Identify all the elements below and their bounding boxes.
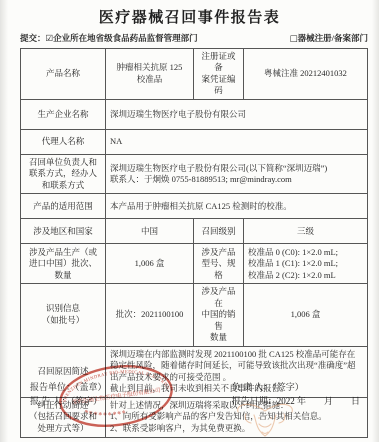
batch-qty-value: 1,006 盒 [106,244,194,284]
row-manufacturer: 生产企业名称 深圳迈瑞生物医疗电子股份有限公司 [21,99,368,129]
reg-cert-value: 粤械注准 20212401032 [244,49,368,100]
agent-value: NA [106,129,368,154]
stamp-company-name: 深圳迈瑞生物医疗电子股份有限公司 [71,386,161,406]
batch-qty-label: 涉及产品生产（或 进口中国）批次、 数量 [21,244,106,284]
china-sales-label: 涉及产品在 中国的销售 数量 [194,284,244,346]
scope-label: 产品的适用范围 [21,194,106,219]
page-title: 医疗器械召回事件报告表 [0,6,379,27]
submit-left: 提交：☑企业所在地省级食品药品监督管理部门 [20,32,198,44]
product-name-label: 产品名称 [21,49,106,100]
row-scope: 产品的适用范围 本产品用于肿瘤相关抗原 CA125 检测时的校准。 [21,194,368,219]
bull-head-watermark-icon [232,402,298,440]
manufacturer-label: 生产企业名称 [21,99,106,129]
regions-value: 中国 [106,219,194,244]
submit-option1-label: 企业所在地省级食品药品监督管理部门 [53,33,198,43]
contact-label: 召回单位负责人和 联系方式，经办人 和联系方式 [21,154,106,193]
row-contact: 召回单位负责人和 联系方式，经办人 和联系方式 深圳迈瑞生物医疗电子股份有限公司… [21,154,368,193]
row-agent: 代理人名称 NA [21,129,368,154]
svg-text:✻ ✻ ✻ ✻ ✻ ✻ ✻ ✻ ✻: ✻ ✻ ✻ ✻ ✻ ✻ ✻ ✻ ✻ [83,403,126,420]
manufacturer-value: 深圳迈瑞生物医疗电子股份有限公司 [106,99,368,129]
row-product-name: 产品名称 肿瘤相关抗原 125 校准品 注册证或备 案凭证编码 粤械注准 202… [21,49,368,100]
models-label: 涉及产品 型号、规格 [194,244,244,284]
company-seal-stamp-icon: SHENZHEN MINDRAY BIO-MEDICAL ELECTRONICS… [55,360,177,432]
reg-cert-label: 注册证或备 案凭证编码 [194,49,244,100]
identification-value: 批次：2021100100 [106,284,194,346]
row-batch-qty: 涉及产品生产（或 进口中国）批次、 数量 1,006 盒 涉及产品 型号、规格 … [21,244,368,284]
submit-prefix: 提交： [20,33,46,43]
submit-line: 提交：☑企业所在地省级食品药品监督管理部门 □器械注册/备案部门 [20,32,368,44]
regions-label: 涉及地区和国家 [21,219,106,244]
recall-report-page: 医疗器械召回事件报告表 提交：☑企业所在地省级食品药品监督管理部门 □器械注册/… [0,0,379,442]
responsible-person-label: 负 责 人：（签字） [232,381,360,395]
models-value: 校准品 0 (C0): 1×2.0 mL; 校准品 1 (C1): 1×2.0 … [244,244,368,284]
submit-option2-label: 器械注册/备案部门 [298,33,368,43]
checkbox-checked-icon: ☑ [46,34,54,44]
checkbox-unchecked-icon: □ [290,34,298,44]
agent-label: 代理人名称 [21,129,106,154]
china-sales-value: 1,006 盒 [244,284,368,346]
product-name-value: 肿瘤相关抗原 125 校准品 [106,49,194,100]
scope-value: 本产品用于肿瘤相关抗原 CA125 检测时的校准。 [106,194,368,219]
identification-label: 识别信息 （如批号） [21,284,106,346]
recall-level-value: 三级 [244,219,368,244]
contact-value: 深圳迈瑞生物医疗电子股份有限公司(以下简称“深圳迈瑞”) 联系人：于炯焕 075… [106,154,368,193]
submit-right: □器械注册/备案部门 [290,32,368,44]
row-identification: 识别信息 （如批号） 批次：2021100100 涉及产品在 中国的销售 数量 … [21,284,368,346]
stamp-stars: ✻ ✻ ✻ ✻ ✻ ✻ ✻ ✻ ✻ [83,403,126,420]
row-regions: 涉及地区和国家 中国 召回级别 三级 [21,219,368,244]
recall-level-label: 召回级别 [194,219,244,244]
